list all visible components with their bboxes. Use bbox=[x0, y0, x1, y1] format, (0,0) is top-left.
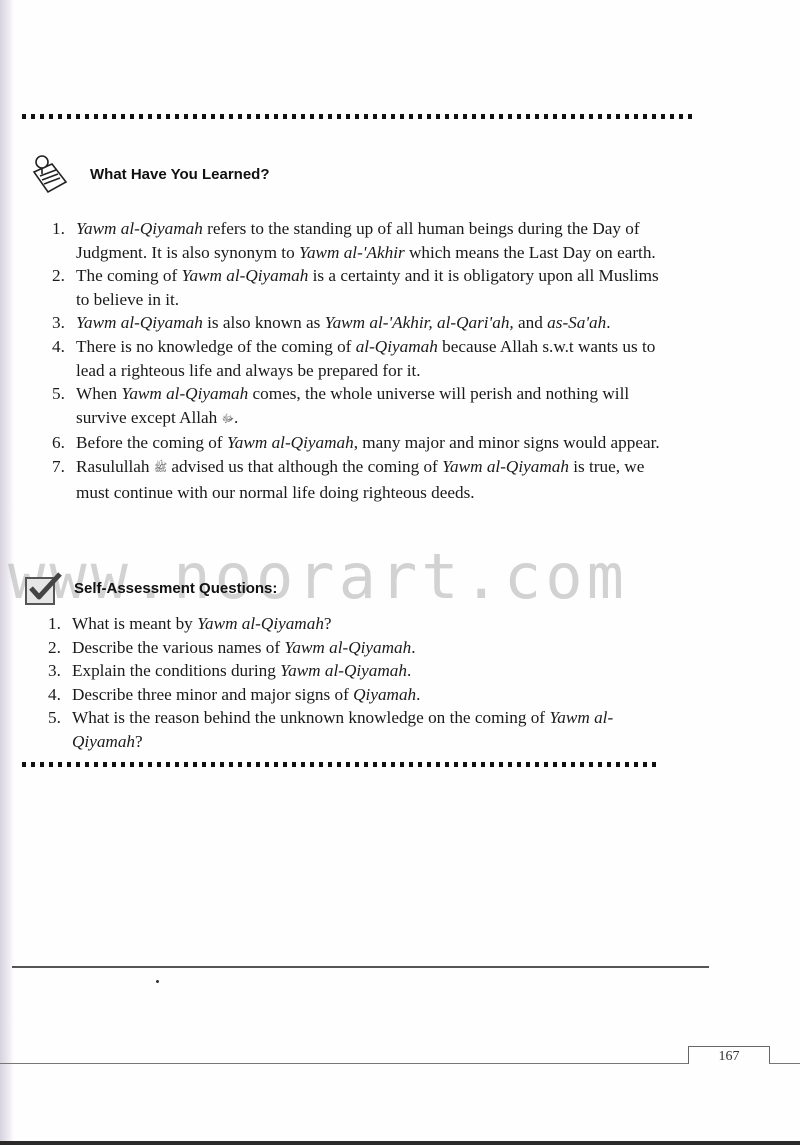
learned-section-header: What Have You Learned? bbox=[26, 152, 269, 196]
footer-line-right bbox=[769, 1063, 800, 1064]
learned-point-item: 1.Yawm al-Qiyamah refers to the standing… bbox=[52, 217, 672, 264]
assessment-question-item: 1.What is meant by Yawm al-Qiyamah? bbox=[48, 612, 668, 636]
item-number: 6. bbox=[52, 431, 65, 455]
item-number: 3. bbox=[52, 311, 65, 335]
item-number: 5. bbox=[48, 706, 61, 730]
ink-speck bbox=[156, 980, 159, 983]
assessment-question-item: 4.Describe three minor and major signs o… bbox=[48, 683, 668, 707]
honorific-glyph-icon: ﷺ bbox=[154, 462, 167, 474]
learned-point-item: 5.When Yawm al-Qiyamah comes, the whole … bbox=[52, 382, 672, 431]
learned-section-title: What Have You Learned? bbox=[90, 166, 269, 183]
item-number: 2. bbox=[48, 636, 61, 660]
item-number: 7. bbox=[52, 455, 65, 479]
scan-bottom-edge bbox=[0, 1141, 800, 1145]
note-with-pin-icon bbox=[26, 152, 72, 196]
assessment-question-item: 3.Explain the conditions during Yawm al-… bbox=[48, 659, 668, 683]
page-binding-edge bbox=[0, 0, 14, 1145]
assessment-section-header: Self-Assessment Questions: bbox=[24, 570, 277, 606]
learned-point-item: 4.There is no knowledge of the coming of… bbox=[52, 335, 672, 382]
item-number: 3. bbox=[48, 659, 61, 683]
learned-point-item: 3.Yawm al-Qiyamah is also known as Yawm … bbox=[52, 311, 672, 335]
assessment-questions-list: 1.What is meant by Yawm al-Qiyamah?2.Des… bbox=[48, 612, 668, 754]
checkbox-tick-icon bbox=[24, 570, 64, 606]
learned-points-list: 1.Yawm al-Qiyamah refers to the standing… bbox=[52, 217, 672, 504]
dotted-divider-bottom bbox=[22, 762, 660, 767]
item-number: 2. bbox=[52, 264, 65, 288]
page-number: 167 bbox=[688, 1046, 770, 1064]
item-number: 4. bbox=[48, 683, 61, 707]
assessment-question-item: 2.Describe the various names of Yawm al-… bbox=[48, 636, 668, 660]
item-number: 1. bbox=[52, 217, 65, 241]
learned-point-item: 2.The coming of Yawm al-Qiyamah is a cer… bbox=[52, 264, 672, 311]
item-number: 4. bbox=[52, 335, 65, 359]
bottom-rule bbox=[12, 966, 709, 968]
assessment-section-title: Self-Assessment Questions: bbox=[74, 580, 277, 597]
honorific-glyph-icon: ﷻ bbox=[222, 413, 234, 425]
item-number: 5. bbox=[52, 382, 65, 406]
item-number: 1. bbox=[48, 612, 61, 636]
assessment-question-item: 5.What is the reason behind the unknown … bbox=[48, 706, 668, 753]
footer-line bbox=[0, 1063, 688, 1064]
dotted-divider-top bbox=[22, 114, 692, 119]
learned-point-item: 7.Rasulullah ﷺ advised us that although … bbox=[52, 455, 672, 504]
learned-point-item: 6.Before the coming of Yawm al-Qiyamah, … bbox=[52, 431, 672, 455]
